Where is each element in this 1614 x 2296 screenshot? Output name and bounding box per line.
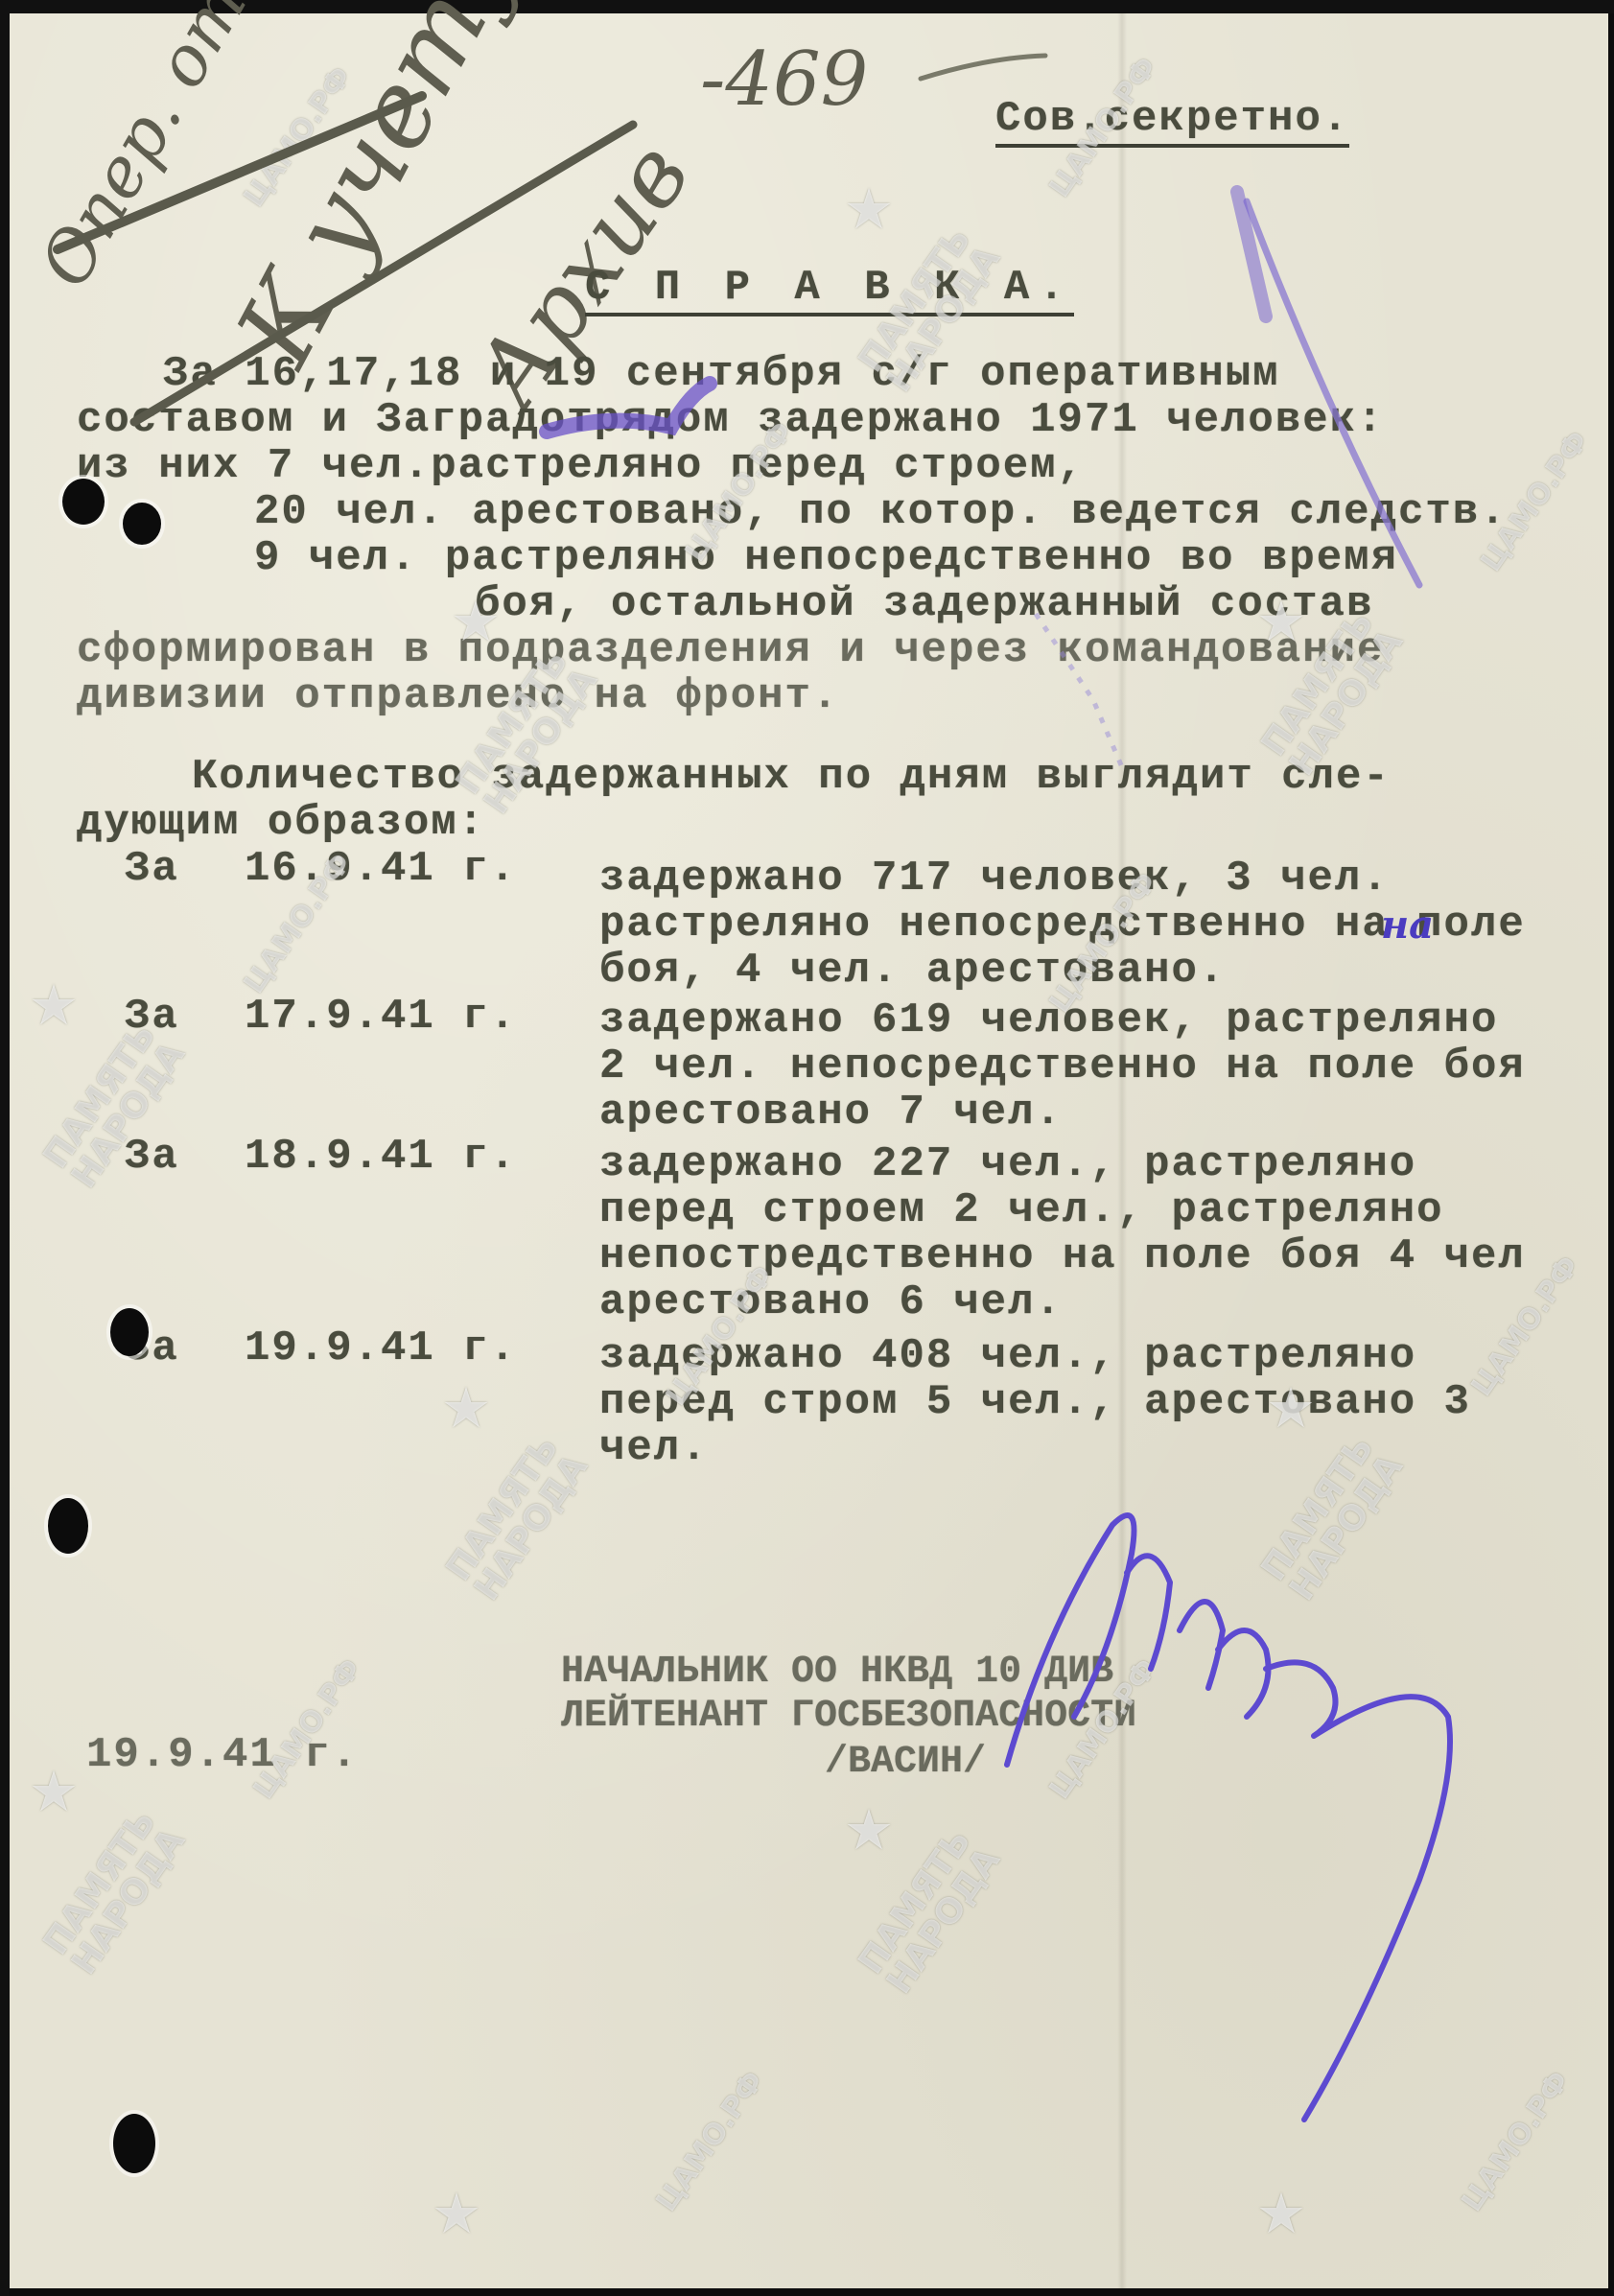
watermark-star-icon: ★ — [451, 589, 501, 654]
watermark-tsamo: ЦАМО.РФ — [249, 1654, 366, 1804]
watermark-star-icon: ★ — [432, 2181, 481, 2246]
entry-line: непостредственно на поле боя 4 чел — [599, 1233, 1526, 1279]
signature-name: /ВАСИН/ — [825, 1740, 986, 1786]
by-day-intro-2: дующим образом: — [77, 800, 485, 846]
entry-line: растреляно непосредственно на поле — [599, 902, 1526, 948]
signature-title-line1: НАЧАЛЬНИК ОО НКВД 10 ДИВ — [561, 1650, 1113, 1696]
entry-line: чел. — [599, 1425, 709, 1471]
document-page: -469 Сов.секретно. Опер. отд К учету Арх… — [10, 13, 1608, 2288]
classification-stamp: Сов.секретно. — [995, 96, 1349, 148]
watermark-star-icon: ★ — [1256, 2181, 1306, 2246]
intro-line-4: 20 чел. арестовано, по котор. ведется сл… — [254, 489, 1508, 535]
entry-date: 18.9.41 г. — [245, 1134, 517, 1180]
entry-line: задержано 227 чел., растреляно — [599, 1141, 1416, 1187]
punch-hole — [62, 479, 105, 525]
by-day-intro-1: Количество задержанных по дням выглядит … — [192, 754, 1391, 800]
watermark-tsamo: ЦАМО.РФ — [1458, 2067, 1575, 2216]
punch-hole — [113, 2114, 155, 2173]
entry-line: арестовано 6 чел. — [599, 1279, 1063, 1325]
archive-number: -469 — [700, 42, 868, 117]
intro-line-2: составом и Заградотрядом задержано 1971 … — [77, 397, 1384, 443]
intro-line-3: из них 7 чел.растреляно перед строем, — [77, 443, 1085, 489]
watermark-tsamo: ЦАМО.РФ — [652, 2067, 769, 2216]
entry-date: 16.9.41 г. — [245, 846, 517, 892]
entry-line: перед стром 5 чел., арестовано 3 — [599, 1379, 1471, 1425]
intro-line-6: боя, остальной задержанный состав — [475, 581, 1373, 627]
intro-line-8: дивизии отправлено на фронт. — [77, 673, 839, 719]
watermark-star-icon: ★ — [441, 1375, 491, 1441]
watermark-star-icon: ★ — [1256, 589, 1306, 654]
watermark-star-icon: ★ — [844, 1797, 894, 1863]
entry-prefix: За — [125, 846, 179, 892]
entry-date: 19.9.41 г. — [245, 1325, 517, 1371]
watermark-star-icon: ★ — [1266, 1375, 1316, 1441]
watermark-pamyat-naroda: ПАМЯТЬ НАРОДА — [1256, 1430, 1409, 1607]
punch-hole — [110, 1308, 149, 1356]
entry-date: 17.9.41 г. — [245, 994, 517, 1040]
watermark-star-icon: ★ — [29, 1759, 79, 1824]
intro-line-7: сформирован в подразделения и через кома… — [77, 627, 1384, 673]
entry-line: боя, 4 чел. арестовано. — [599, 948, 1226, 994]
watermark-star-icon: ★ — [844, 176, 894, 242]
punch-hole — [123, 503, 161, 545]
watermark-star-icon: ★ — [29, 972, 79, 1038]
handwritten-resolution-1: Опер. отд — [29, 0, 279, 297]
scan-border-left — [0, 0, 10, 2296]
intro-line-5: 9 чел. растреляно непосредственно во вре… — [254, 535, 1398, 581]
signature-title-line2: ЛЕЙТЕНАНТ ГОСБЕЗОПАСНОСТИ — [561, 1694, 1136, 1740]
entry-line: перед строем 2 чел., растреляно — [599, 1187, 1444, 1233]
watermark-pamyat-naroda: ПАМЯТЬ НАРОДА — [441, 1430, 594, 1607]
watermark-pamyat-naroda: ПАМЯТЬ НАРОДА — [38, 1804, 191, 1981]
entry-line: арестовано 7 чел. — [599, 1089, 1063, 1136]
entry-line: 2 чел. непосредственно на поле боя — [599, 1043, 1526, 1089]
intro-line-1: За 16,17,18 и 19 сентября с/г оперативны… — [163, 351, 1280, 397]
entry-line: задержано 717 человек, 3 чел. — [599, 855, 1390, 902]
punch-hole — [48, 1498, 88, 1554]
